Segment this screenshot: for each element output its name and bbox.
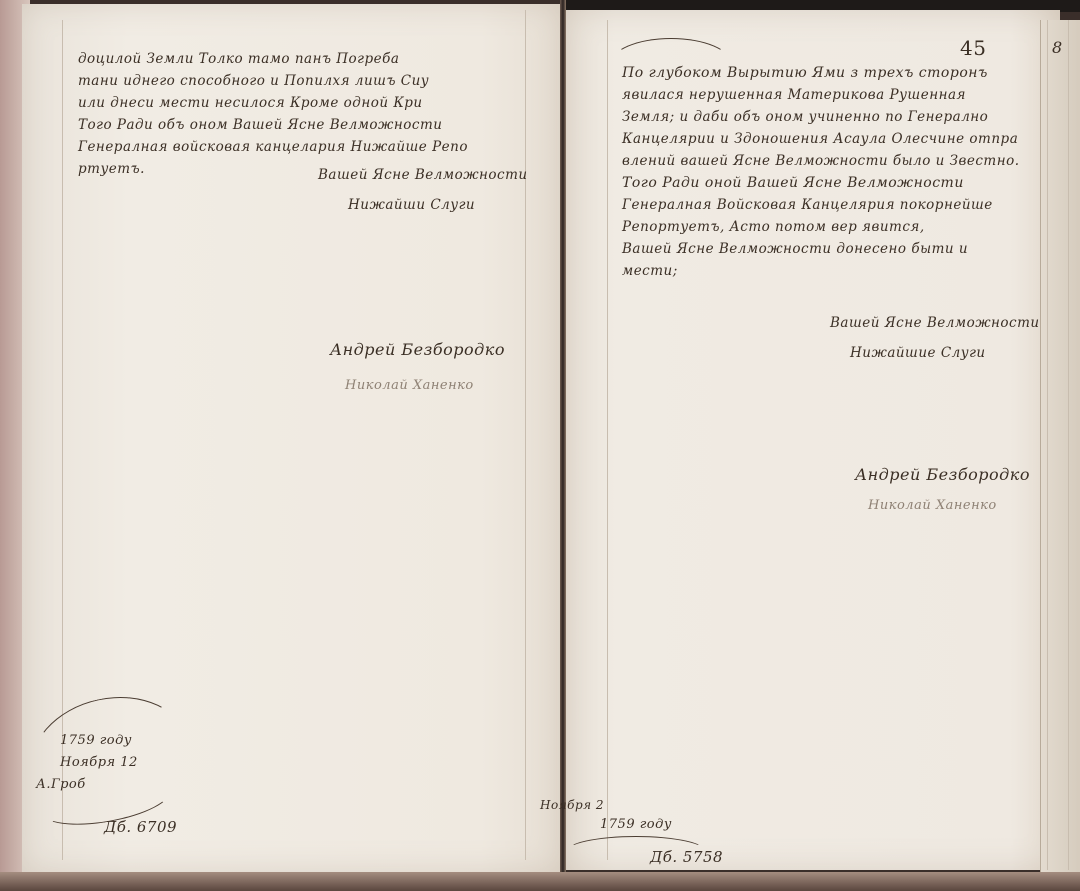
text-line: Земля; и даби объ оном учиненно по Генер… <box>622 106 1020 128</box>
text-line: Генералная Войсковая Канцелярия покорней… <box>622 194 1020 216</box>
left-page-right-rule <box>525 10 526 860</box>
text-line: влений вашей Ясне Велможности было и Зве… <box>622 150 1020 172</box>
text-line: Репортуетъ, Асто потом вер явится, <box>622 216 1020 238</box>
closing-servants: Нижайши Слуги <box>348 194 475 216</box>
text-line: Того Ради объ оном Вашей Ясне Велможност… <box>78 114 468 136</box>
right-page-stacked-edges <box>1040 20 1080 872</box>
right-edge-rule <box>1047 20 1048 870</box>
text-line: мести; <box>622 260 1020 282</box>
registry-year: 1759 году <box>60 730 132 752</box>
closing-salutation: Вашей Ясне Велможности <box>318 164 528 186</box>
registry-year: 1759 году <box>600 814 672 836</box>
right-page-body: По глубоком Вырытию Ями з трехъ сторонъ … <box>622 62 1020 282</box>
signature-khanenko: Николай Ханенко <box>345 378 474 393</box>
registry-number: Дб. 6709 <box>104 816 177 838</box>
text-line: или днеси мести несилося Кроме одной Кри <box>78 92 468 114</box>
text-line: Генералная войсковая канцелария Нижайше … <box>78 136 468 158</box>
left-page-body: доцилой Земли Толко тамо панъ Погреба та… <box>78 48 468 180</box>
right-page-margin-rule <box>607 20 608 860</box>
text-line: доцилой Земли Толко тамо панъ Погреба <box>78 48 468 70</box>
text-line: Того Ради оной Вашей Ясне Велможности <box>622 172 1020 194</box>
registry-initials: А.Гроб <box>36 774 86 796</box>
corner-mark: 8 <box>1052 38 1063 57</box>
text-line: явилася нерушенная Материкова Рушенная <box>622 84 1020 106</box>
closing-salutation: Вашей Ясне Велможности <box>830 312 1040 334</box>
background-edge-bottom <box>0 872 1080 891</box>
text-line: Канцелярии и Здоношения Асаула Олесчине … <box>622 128 1020 150</box>
signature-bezborodko: Андрей Безбородко <box>330 340 505 359</box>
closing-servants: Нижайшие Слуги <box>850 342 986 364</box>
registry-date: Ноября 12 <box>60 752 138 774</box>
folio-number: 45 <box>960 36 986 60</box>
text-line: Вашей Ясне Велможности донесено быти и <box>622 238 1020 260</box>
text-line: По глубоком Вырытию Ями з трехъ сторонъ <box>622 62 1020 84</box>
registry-month: Ноября 2 <box>540 794 604 816</box>
registry-number: Дб. 5758 <box>650 846 723 868</box>
signature-khanenko: Николай Ханенко <box>868 498 997 513</box>
right-edge-rule <box>1068 20 1069 870</box>
signature-bezborodko: Андрей Безбородко <box>855 465 1030 484</box>
text-line: тани иднего способного и Попилхя лишъ Си… <box>78 70 468 92</box>
